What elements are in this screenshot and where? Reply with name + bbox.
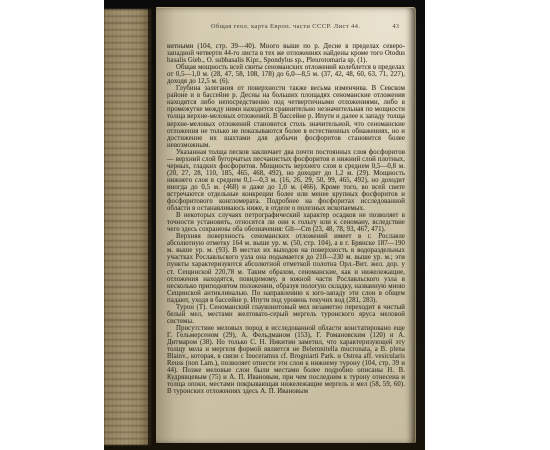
body-paragraph: Присутствие меловых пород в исследованно…: [167, 325, 405, 395]
book-page: Общая геол. карта Европ. части СССР. Лис…: [156, 7, 416, 443]
running-header-title: Общая геол. карта Европ. части СССР. Лис…: [211, 23, 361, 30]
page-number: 43: [392, 23, 399, 30]
body-paragraph: Глубина залегания от поверхности также в…: [167, 85, 405, 148]
running-header: Общая геол. карта Европ. части СССР. Лис…: [156, 23, 415, 33]
facing-page-edge: [104, 9, 151, 445]
body-paragraph: Турон (T). Сеноманский глауконитовый мел…: [167, 304, 405, 325]
book-photo: Общая геол. карта Европ. части СССР. Лис…: [104, 0, 425, 450]
body-paragraph: Верхняя поверхность сеноманских отложени…: [167, 233, 405, 303]
body-paragraph: Общая мощность всей свиты сеноманских от…: [167, 64, 405, 85]
body-paragraph: Указанная толща песков заключает два поч…: [167, 149, 405, 212]
body-paragraph: В некоторых случаях петрографический хар…: [167, 212, 405, 233]
page-body: витными (104, стр. 39—40). Много выше по…: [167, 43, 405, 395]
body-paragraph: витными (104, стр. 39—40). Много выше по…: [167, 43, 405, 64]
